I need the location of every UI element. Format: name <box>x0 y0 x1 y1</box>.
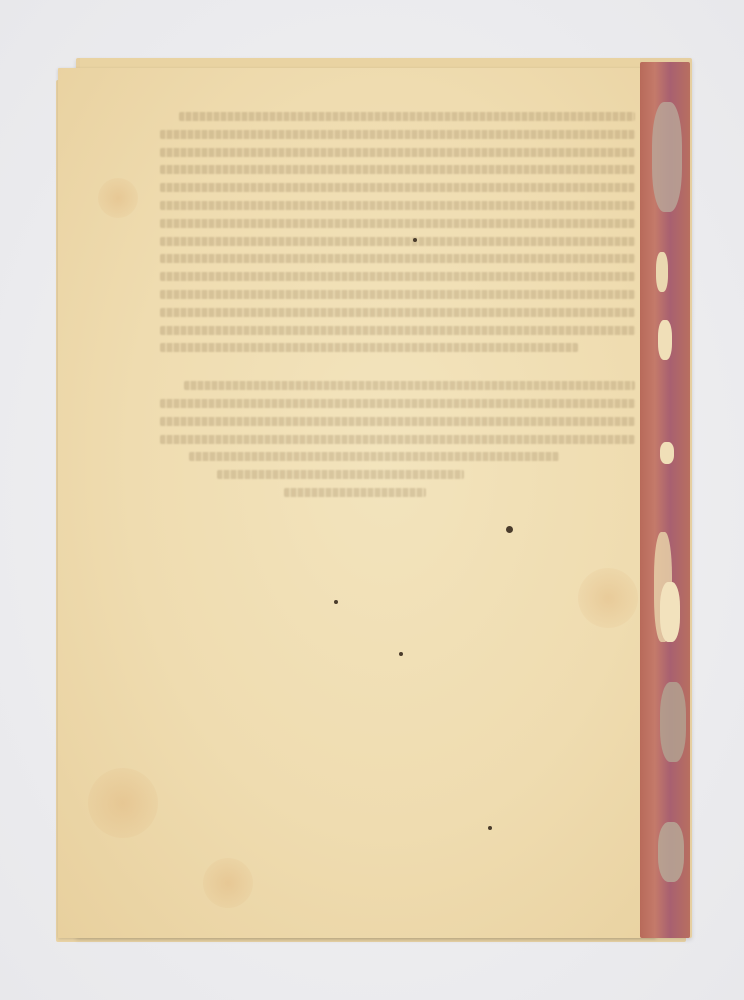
ink-spot <box>413 238 417 242</box>
stain <box>578 568 638 628</box>
bleed-through-text <box>160 112 635 506</box>
ink-spot <box>506 526 513 533</box>
ink-spot <box>399 652 403 656</box>
stain <box>98 178 138 218</box>
stain <box>203 858 253 908</box>
ink-spot <box>488 826 492 830</box>
stain <box>88 768 158 838</box>
ink-spot <box>334 600 338 604</box>
marbled-spine-strip <box>640 62 690 938</box>
